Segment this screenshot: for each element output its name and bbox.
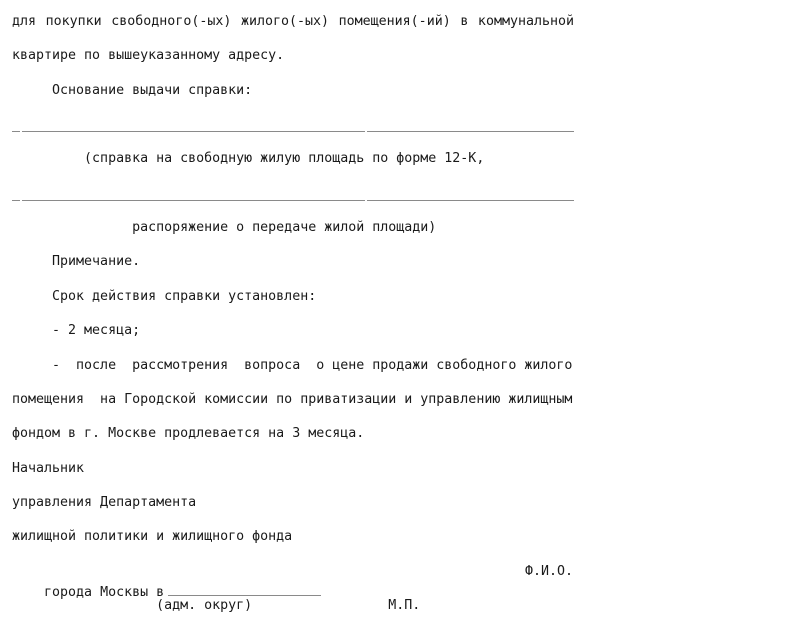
validity-item-2-line-2: помещения на Городской комиссии по прива… bbox=[12, 390, 572, 410]
purpose-line-1: для покупки свободного(-ых) жилого(-ых) … bbox=[12, 12, 574, 32]
basis-heading: Основание выдачи справки: bbox=[12, 81, 252, 101]
district-and-stamp-hint: (адм. округ) М.П. bbox=[12, 596, 420, 616]
validity-item-2-line-1: - после рассмотрения вопроса о цене прод… bbox=[12, 356, 572, 376]
note-heading: Примечание. bbox=[12, 252, 140, 272]
basis-hint-2: распоряжение о передаче жилой площади) bbox=[12, 218, 436, 238]
signatory-title-4: города Москвы в bbox=[12, 562, 321, 582]
purpose-line-2: квартире по вышеуказанному адресу. bbox=[12, 46, 284, 66]
district-blank-field bbox=[168, 582, 321, 596]
validity-heading: Срок действия справки установлен: bbox=[12, 287, 316, 307]
validity-item-1: - 2 месяца; bbox=[12, 321, 140, 341]
signatory-title-2: управления Департамента bbox=[12, 493, 196, 513]
signatory-title-3: жилищной политики и жилищного фонда bbox=[12, 527, 292, 547]
signatory-title-1: Начальник bbox=[12, 459, 84, 479]
validity-item-2-line-3: фондом в г. Москве продлевается на 3 мес… bbox=[12, 424, 364, 444]
signatory-name-label: Ф.И.О. bbox=[525, 562, 573, 582]
basis-hint-1: (справка на свободную жилую площадь по ф… bbox=[12, 149, 484, 169]
